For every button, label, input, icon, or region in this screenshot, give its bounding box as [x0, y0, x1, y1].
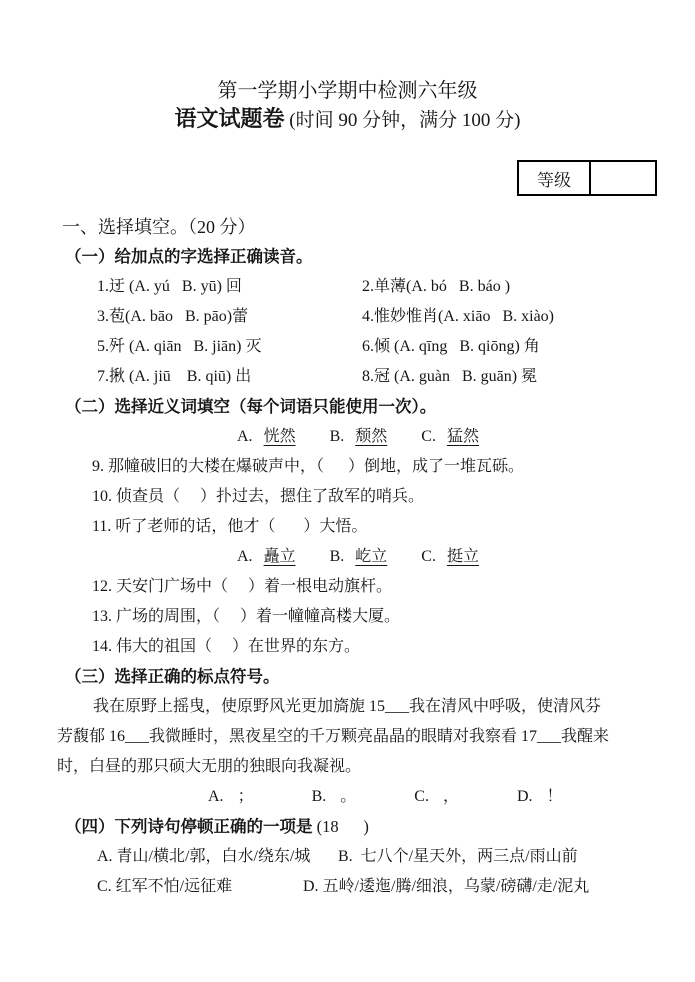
option-label: C. [414, 788, 429, 805]
part4-answer-blank: (18 ) [313, 817, 369, 836]
synonym-option: B.颓然 [330, 422, 388, 452]
pinyin-item-8: 8.冠 (A. guàn B. guān) 冕 [362, 362, 537, 392]
poem-option-d: D. 五岭/逶迤/腾/细浪，乌蒙/磅礴/走/泥丸 [303, 872, 589, 902]
pinyin-item-5: 5.歼 (A. qiān B. jiān) 灭 [97, 332, 362, 362]
item-text: (A. bāo B. pāo)蕾 [125, 302, 248, 332]
question-line-12: 12. 天安门广场中（ ）着一根电动旗杆。 [92, 572, 695, 602]
option-label: A. [237, 428, 253, 445]
dotted-char: 揪 [109, 362, 125, 392]
synonym-option: C.猛然 [421, 422, 479, 452]
option-label: B. [330, 548, 345, 565]
option-label: C. [421, 428, 436, 445]
synonym-option: A.矗立 [237, 542, 296, 572]
item-text: 8. [362, 362, 374, 392]
item-text: (A. qiān B. jiān) 灭 [125, 332, 261, 362]
grade-value-cell [591, 162, 655, 194]
option-word: 矗立 [264, 548, 296, 565]
punctuation-mark: 。 [340, 788, 356, 805]
pinyin-item-4: 4.惟妙惟肖(A. xiāo B. xiào) [362, 302, 554, 332]
paragraph-line-2: 芳馥郁 16___我微睡时，黑夜星空的千万颗亮晶晶的眼睛对我察看 17___我醒… [57, 722, 649, 752]
item-text: 3. [97, 302, 109, 332]
synonym-options-row-2: A.矗立 B.屹立 C.挺立 [237, 542, 695, 572]
part2-heading: （二）选择近义词填空（每个词语只能使用一次）。 [65, 392, 695, 422]
paragraph-line-1: 我在原野上摇曳，使原野风光更加旖旎 15___我在清风中呼吸，使清风芬 [57, 692, 649, 722]
dotted-char: 迂 [109, 272, 125, 302]
dotted-char: 倾 [374, 332, 390, 362]
part4-heading-text: （四）下列诗句停顿正确的一项是 [65, 818, 313, 836]
punctuation-option: A.； [208, 782, 254, 812]
item-text: 1. [97, 272, 109, 302]
item-text: (A. guàn B. guān) 冕 [390, 362, 537, 392]
item-text: (A. yú B. yū) 回 [125, 272, 242, 302]
exam-title: 第一学期小学期中检测六年级 [0, 78, 695, 104]
part1-heading: （一）给加点的字选择正确读音。 [65, 242, 695, 272]
item-text: (A. bó B. báo ) [406, 272, 510, 302]
synonym-option: C.挺立 [421, 542, 479, 572]
section1-heading: 一、选择填空。（20 分） [62, 212, 695, 242]
exam-subtitle: 语文试题卷 (时间 90 分钟，满分 100 分) [0, 104, 695, 136]
dotted-char: 薄 [390, 272, 406, 302]
part4-heading: （四）下列诗句停顿正确的一项是 (18 ) [65, 812, 695, 842]
pinyin-item-1: 1.迂 (A. yú B. yū) 回 [97, 272, 362, 302]
option-label: A. [237, 548, 253, 565]
question-line-11: 11. 听了老师的话，他才（ ）大悟。 [92, 512, 695, 542]
option-word: 屹立 [355, 548, 387, 565]
item-text: (A. qīng B. qiōng) 角 [390, 332, 540, 362]
poem-options-row-2: C. 红军不怕/远征难 D. 五岭/逶迤/腾/细浪，乌蒙/磅礴/走/泥丸 [97, 872, 695, 902]
poem-option-c: C. 红军不怕/远征难 [97, 872, 303, 902]
punctuation-paragraph: 我在原野上摇曳，使原野风光更加旖旎 15___我在清风中呼吸，使清风芬 芳馥郁 … [57, 692, 649, 782]
pinyin-row-4: 7.揪 (A. jiū B. qiū) 出 8.冠 (A. guàn B. gu… [97, 362, 695, 392]
question-line-14: 14. 伟大的祖国（ ）在世界的东方。 [92, 632, 695, 662]
grade-table: 等级 [517, 160, 657, 196]
exam-time-score-info: (时间 90 分钟，满分 100 分) [285, 110, 521, 131]
option-label: A. [208, 788, 224, 805]
punctuation-option: B.。 [312, 782, 357, 812]
punctuation-mark: ； [238, 788, 254, 805]
paragraph-line-3: 时，白昼的那只硕大无朋的独眼向我凝视。 [57, 752, 649, 782]
pinyin-row-2: 3.苞(A. bāo B. pāo)蕾 4.惟妙惟肖(A. xiāo B. xi… [97, 302, 695, 332]
option-word: 颓然 [355, 428, 387, 445]
pinyin-row-3: 5.歼 (A. qiān B. jiān) 灭 6.倾 (A. qīng B. … [97, 332, 695, 362]
punctuation-option: C.， [414, 782, 459, 812]
item-text: 5. [97, 332, 109, 362]
exam-subject-name: 语文试题卷 [175, 106, 285, 131]
synonym-option: A.恍然 [237, 422, 296, 452]
punctuation-mark: ！ [547, 788, 563, 805]
question-line-9: 9. 那幢破旧的大楼在爆破声中，（ ）倒地，成了一堆瓦砾。 [92, 452, 695, 482]
pinyin-row-1: 1.迂 (A. yú B. yū) 回 2.单薄(A. bó B. báo ) [97, 272, 695, 302]
pinyin-item-6: 6.倾 (A. qīng B. qiōng) 角 [362, 332, 540, 362]
option-label: B. [330, 428, 345, 445]
dotted-char: 苞 [109, 302, 125, 332]
punctuation-options-row: A.； B.。 C.， D.！ [208, 782, 695, 812]
item-text: (A. jiū B. qiū) 出 [125, 362, 251, 392]
punctuation-mark: ， [443, 788, 459, 805]
item-text: 7. [97, 362, 109, 392]
item-text: 4.惟妙惟 [362, 302, 422, 332]
synonym-options-row-1: A.恍然 B.颓然 C.猛然 [237, 422, 695, 452]
dotted-char: 冠 [374, 362, 390, 392]
poem-option-a: A. 青山/横北/郭，白水/绕东/城 [97, 842, 338, 872]
item-text: 2.单 [362, 272, 390, 302]
pinyin-item-2: 2.单薄(A. bó B. báo ) [362, 272, 510, 302]
option-word: 猛然 [447, 428, 479, 445]
item-text: (A. xiāo B. xiào) [438, 302, 554, 332]
poem-option-b: B. 七八个/星天外，两三点/雨山前 [338, 842, 578, 872]
option-word: 挺立 [447, 548, 479, 565]
punctuation-option: D.！ [517, 782, 563, 812]
question-line-10: 10. 侦查员（ ）扑过去，摁住了敌军的哨兵。 [92, 482, 695, 512]
dotted-char: 肖 [422, 302, 438, 332]
exam-paper-page: 第一学期小学期中检测六年级 语文试题卷 (时间 90 分钟，满分 100 分) … [0, 0, 695, 982]
option-label: D. [517, 788, 533, 805]
part3-heading: （三）选择正确的标点符号。 [65, 662, 695, 692]
pinyin-item-3: 3.苞(A. bāo B. pāo)蕾 [97, 302, 362, 332]
option-word: 恍然 [264, 428, 296, 445]
poem-options-row-1: A. 青山/横北/郭，白水/绕东/城 B. 七八个/星天外，两三点/雨山前 [97, 842, 695, 872]
exam-body: 一、选择填空。（20 分） （一）给加点的字选择正确读音。 1.迂 (A. yú… [0, 212, 695, 902]
pinyin-item-7: 7.揪 (A. jiū B. qiū) 出 [97, 362, 362, 392]
question-line-13: 13. 广场的周围，（ ）着一幢幢高楼大厦。 [92, 602, 695, 632]
synonym-option: B.屹立 [330, 542, 388, 572]
dotted-char: 歼 [109, 332, 125, 362]
grade-label-cell: 等级 [519, 162, 591, 194]
option-label: C. [421, 548, 436, 565]
option-label: B. [312, 788, 327, 805]
item-text: 6. [362, 332, 374, 362]
